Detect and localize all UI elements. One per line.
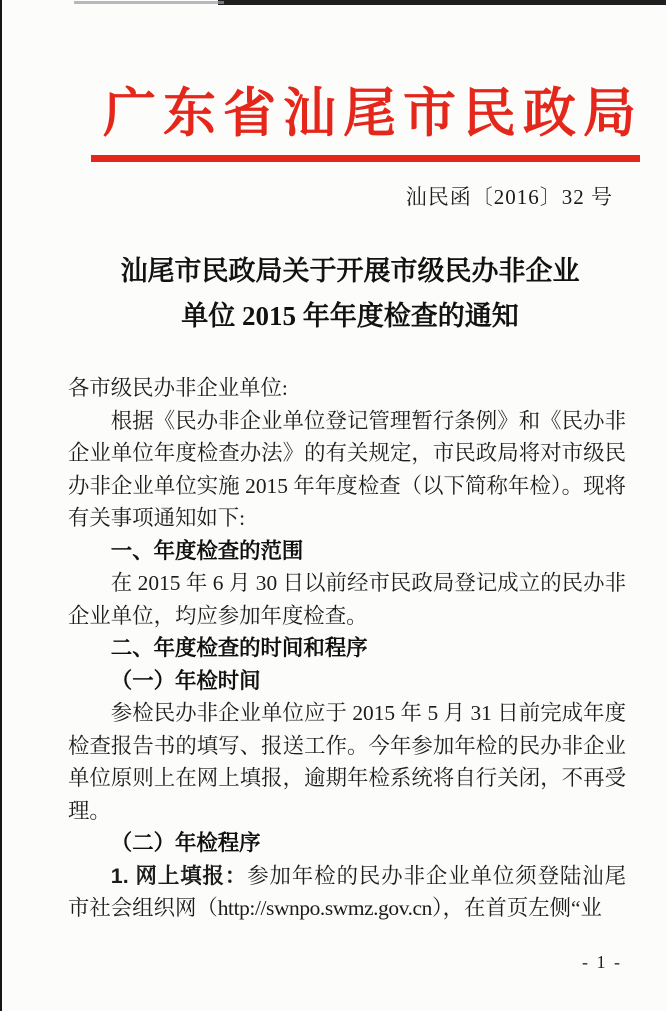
agency-letterhead-name: 广东省汕尾市民政局: [80, 82, 666, 146]
notice-title: 汕尾市民政局关于开展市级民办非企业 单位 2015 年年度检查的通知: [55, 249, 645, 339]
subsection-heading-procedure: （二）年检程序: [68, 827, 626, 860]
salutation: 各市级民办非企业单位:: [68, 372, 626, 405]
notice-title-line1: 汕尾市民政局关于开展市级民办非企业: [55, 249, 645, 294]
red-divider-line: [91, 155, 640, 162]
paragraph-legal-basis: 根据《民办非企业单位登记管理暂行条例》和《民办非企业单位年度检查办法》的有关规定…: [68, 405, 626, 535]
notice-title-line2: 单位 2015 年年度检查的通知: [55, 294, 645, 339]
document-body: 各市级民办非企业单位: 根据《民办非企业单位登记管理暂行条例》和《民办非企业单位…: [68, 372, 626, 925]
document-number: 汕民函〔2016〕32 号: [406, 181, 613, 211]
section-heading-time-procedure: 二、年度检查的时间和程序: [68, 632, 626, 665]
subsection-heading-time: （一）年检时间: [68, 665, 626, 698]
paragraph-lead-bold: 1. 网上填报：: [111, 864, 247, 888]
document-page: 广东省汕尾市民政局 汕民函〔2016〕32 号 汕尾市民政局关于开展市级民办非企…: [0, 0, 666, 1011]
website-url: http://swnpo.swmz.gov.cn: [218, 896, 432, 920]
paragraph-online-filing: 1. 网上填报：参加年检的民办非企业单位须登陆汕尾市社会组织网（http://s…: [68, 860, 626, 925]
paragraph-online-filing-tail: ），在首页左侧“业: [432, 896, 602, 920]
page-number: - 1 -: [582, 952, 622, 973]
scan-artifact-top-bar-light: [74, 1, 224, 4]
paragraph-scope: 在 2015 年 6 月 30 日以前经市民政局登记成立的民办非企业单位，均应参…: [68, 567, 626, 632]
paragraph-time: 参检民办非企业单位应于 2015 年 5 月 31 日前完成年度检查报告书的填写…: [68, 697, 626, 827]
scan-artifact-top-bar: [218, 0, 666, 5]
scan-artifact-left-edge: [0, 0, 2, 1011]
section-heading-scope: 一、年度检查的范围: [68, 535, 626, 568]
